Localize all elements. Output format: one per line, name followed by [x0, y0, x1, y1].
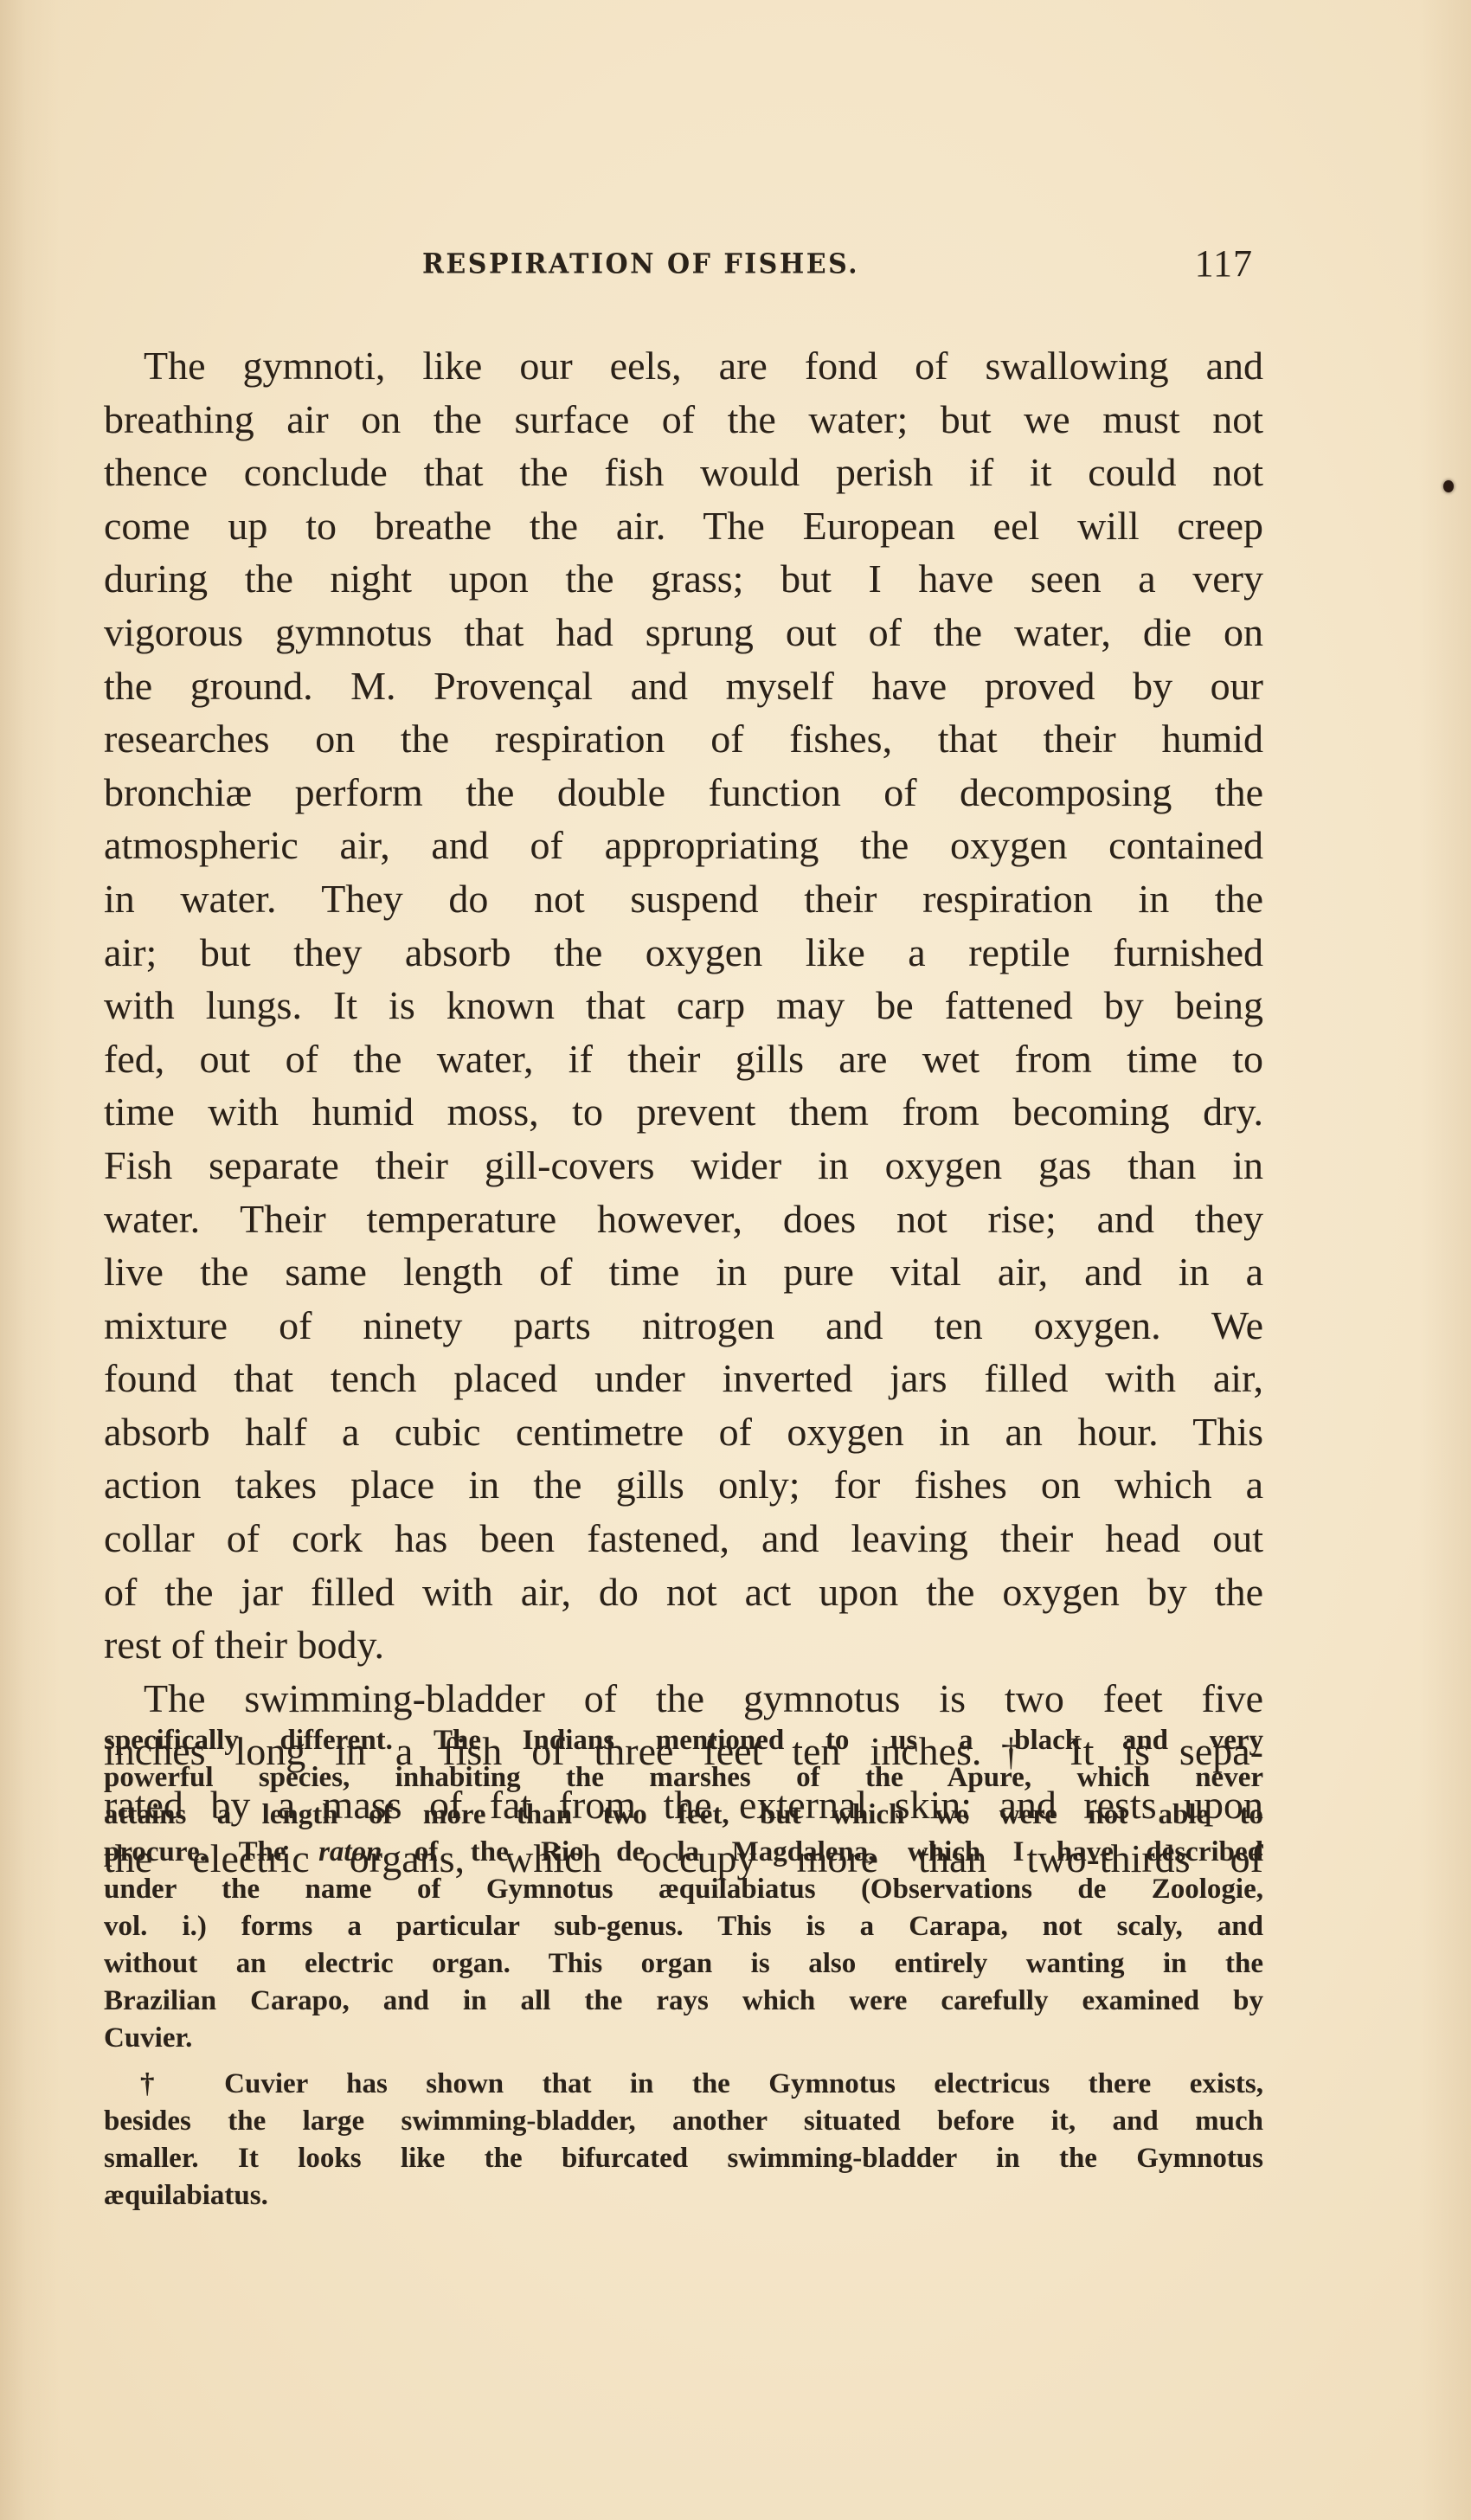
footnote-line: Cuvier. [104, 2020, 1263, 2057]
paragraph-1-line: atmospheric air, and of appropriating th… [104, 819, 1263, 872]
footnote-line: † Cuvier has shown that in the Gymnotus … [104, 2066, 1263, 2103]
footnote-dagger: † Cuvier has shown that in the Gymnotus … [104, 2066, 1263, 2215]
paragraph-1-line: researches on the respiration of fishes,… [104, 712, 1263, 766]
footnote-line: powerful species, inhabiting the marshes… [104, 1759, 1263, 1797]
footnote-text: of the Rio de la Magdalena, which I have… [382, 1836, 1263, 1867]
footnote-line: without an electric organ. This organ is… [104, 1945, 1263, 1983]
footnote-line: procure. The raton of the Rio de la Magd… [104, 1834, 1263, 1871]
footnote-line: vol. i.) forms a particular sub-genus. T… [104, 1908, 1263, 1945]
footnote-line: smaller. It looks like the bifurcated sw… [104, 2140, 1263, 2177]
book-page: RESPIRATION OF FISHES. 117 The gymnoti, … [0, 0, 1471, 2520]
paragraph-1-line: rest of their body. [104, 1618, 1263, 1672]
footnote-line: Brazilian Carapo, and in all the rays wh… [104, 1983, 1263, 2020]
footnote-line: æquilabiatus. [104, 2177, 1263, 2215]
paragraph-1-line: The gymnoti, like our eels, are fond of … [104, 339, 1263, 393]
paragraph-2-line: The swimming-bladder of the gymnotus is … [104, 1672, 1263, 1726]
paragraph-1-line: collar of cork has been fastened, and le… [104, 1512, 1263, 1565]
footnote-line: attains a length of more than two feet, … [104, 1797, 1263, 1834]
footnote-line: under the name of Gymnotus æquilabiatus … [104, 1871, 1263, 1908]
footnote-text: procure. The [104, 1836, 318, 1867]
paragraph-1-line: come up to breathe the air. The European… [104, 499, 1263, 553]
paragraph-1-line: the ground. M. Provençal and myself have… [104, 659, 1263, 713]
paragraph-1-line: time with humid moss, to prevent them fr… [104, 1085, 1263, 1139]
paragraph-1-line: fed, out of the water, if their gills ar… [104, 1032, 1263, 1086]
paragraph-1-line: with lungs. It is known that carp may be… [104, 979, 1263, 1032]
paragraph-1-line: Fish separate their gill-covers wider in… [104, 1139, 1263, 1192]
paragraph-1-line: water. Their temperature however, does n… [104, 1192, 1263, 1246]
ink-spot-mark [1443, 480, 1454, 492]
paragraph-1-line: action takes place in the gills only; fo… [104, 1458, 1263, 1512]
footnote-italic-raton: raton [318, 1836, 382, 1867]
page-number: 117 [1195, 241, 1253, 286]
paragraph-1-line: found that tench placed under inverted j… [104, 1352, 1263, 1405]
paragraph-1-line: in water. They do not suspend their resp… [104, 872, 1263, 926]
paragraph-1-line: air; but they absorb the oxygen like a r… [104, 926, 1263, 980]
running-title: RESPIRATION OF FISHES. [422, 248, 859, 280]
paragraph-1-line: during the night upon the grass; but I h… [104, 552, 1263, 606]
paragraph-1-line: breathing air on the surface of the wate… [104, 393, 1263, 447]
paragraph-1-line: of the jar filled with air, do not act u… [104, 1565, 1263, 1619]
running-head: RESPIRATION OF FISHES. 117 [422, 245, 1253, 297]
paragraph-1-line: mixture of ninety parts nitrogen and ten… [104, 1299, 1263, 1353]
footnote-line: specifically different. The Indians ment… [104, 1722, 1263, 1759]
paragraph-1-line: live the same length of time in pure vit… [104, 1245, 1263, 1299]
footnote-line: besides the large swimming-bladder, anot… [104, 2103, 1263, 2140]
paragraph-1-line: thence conclude that the fish would peri… [104, 446, 1263, 499]
paragraph-1-line: absorb half a cubic centimetre of oxygen… [104, 1405, 1263, 1459]
footnote-continued: specifically different. The Indians ment… [104, 1722, 1263, 2057]
paragraph-1-line: bronchiæ perform the double function of … [104, 766, 1263, 820]
footnotes: specifically different. The Indians ment… [104, 1722, 1263, 2215]
paragraph-1-line: vigorous gymnotus that had sprung out of… [104, 606, 1263, 659]
body-text: The gymnoti, like our eels, are fond of … [104, 339, 1263, 1885]
